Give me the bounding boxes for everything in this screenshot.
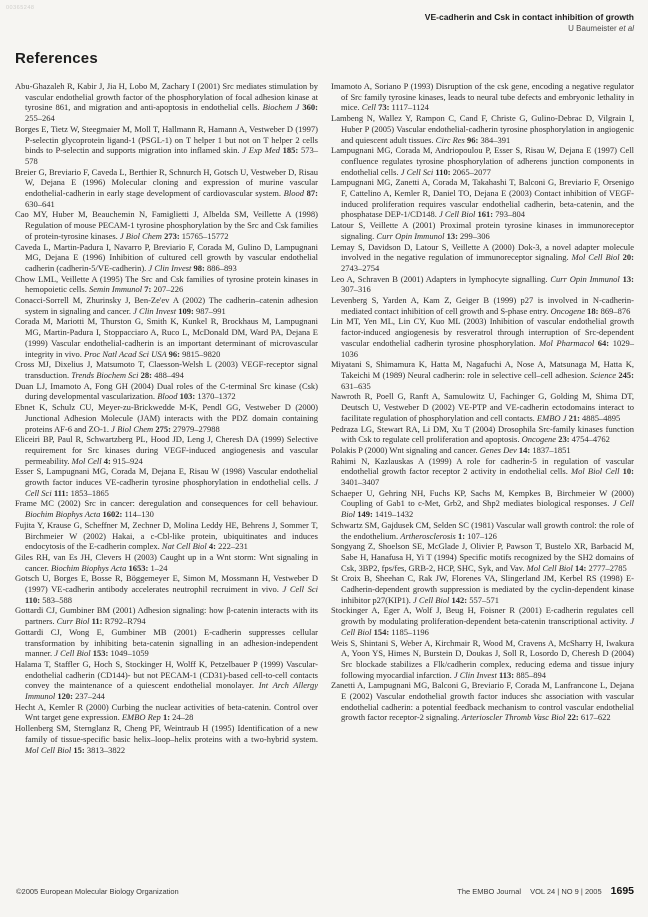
reference-entry: Esser S, Lampugnani MG, Corada M, Dejana… <box>15 466 318 498</box>
reference-entry: Gottardi CJ, Gumbiner BM (2001) Adhesion… <box>15 605 318 626</box>
reference-entry: Halama T, Staffler G, Hoch S, Stockinger… <box>15 659 318 702</box>
reference-entry: Chow LML, Veillette A (1995) The Src and… <box>15 274 318 295</box>
reference-entry: Cross MJ, Dixelius J, Matsumoto T, Claes… <box>15 359 318 380</box>
reference-entry: Breier G, Breviario F, Caveda L, Berthie… <box>15 167 318 210</box>
reference-entry: Corada M, Mariotti M, Thurston G, Smith … <box>15 316 318 359</box>
journal-info: The EMBO Journal VOL 24 | NO 9 | 2005 16… <box>457 885 634 897</box>
reference-entry: Weis S, Shintani S, Weber A, Kirchmair R… <box>331 638 634 681</box>
reference-entry: Borges E, Tietz W, Steegmaier M, Moll T,… <box>15 124 318 167</box>
running-head-authors: U Baumeister et al <box>425 24 634 33</box>
reference-entry: Zanetti A, Lampugnani MG, Balconi G, Bre… <box>331 680 634 723</box>
reference-entry: Lambeng N, Wallez Y, Rampon C, Cand F, C… <box>331 113 634 145</box>
reference-entry: Caveda L, Martin-Padura I, Navarro P, Br… <box>15 242 318 274</box>
reference-entry: Songyang Z, Shoelson SE, McGlade J, Oliv… <box>331 541 634 573</box>
reference-entry: Gottardi CJ, Wong E, Gumbiner MB (2001) … <box>15 627 318 659</box>
running-head-title: VE-cadherin and Csk in contact inhibitio… <box>425 12 634 22</box>
reference-entry: Imamoto A, Soriano P (1993) Disruption o… <box>331 81 634 113</box>
reference-entry: Cao MY, Huber M, Beauchemin N, Famigliet… <box>15 209 318 241</box>
reference-entry: Giles RH, van Es JH, Clevers H (2003) Ca… <box>15 552 318 573</box>
reference-entry: Lin MT, Yen ML, Lin CY, Kuo ML (2003) In… <box>331 316 634 359</box>
reference-entry: Frame MC (2002) Src in cancer: deregulat… <box>15 498 318 519</box>
paper-page: { "page": { "watermark": "00365248", "he… <box>0 0 648 917</box>
reference-entry: Polakis P (2000) Wnt signaling and cance… <box>331 445 634 456</box>
reference-entry: Schwartz SM, Gajdusek CM, Selden SC (198… <box>331 520 634 541</box>
reference-entry: Lampugnani MG, Zanetti A, Corada M, Taka… <box>331 177 634 220</box>
authors-etal: et al <box>619 24 634 33</box>
authors-name: U Baumeister <box>568 24 616 33</box>
reference-entry: Abu-Ghazaleh R, Kabir J, Jia H, Lobo M, … <box>15 81 318 124</box>
reference-entry: Duan LJ, Imamoto A, Fong GH (2004) Dual … <box>15 381 318 402</box>
page-footer: ©2005 European Molecular Biology Organiz… <box>16 885 634 897</box>
reference-entry: Leo A, Schraven B (2001) Adapters in lym… <box>331 274 634 295</box>
references-column-left: Abu-Ghazaleh R, Kabir J, Jia H, Lobo M, … <box>15 81 318 755</box>
reference-entry: Schaeper U, Gehring NH, Fuchs KP, Sachs … <box>331 488 634 520</box>
reference-entry: Hollenberg SM, Sternglanz R, Cheng PF, W… <box>15 723 318 755</box>
reference-entry: Rahimi N, Kazlauskas A (1999) A role for… <box>331 456 634 488</box>
scan-watermark: 00365248 <box>6 5 34 11</box>
references-heading: References <box>15 50 634 67</box>
references-section: References Abu-Ghazaleh R, Kabir J, Jia … <box>15 50 634 755</box>
running-head: VE-cadherin and Csk in contact inhibitio… <box>425 12 634 33</box>
two-column-layout: Abu-Ghazaleh R, Kabir J, Jia H, Lobo M, … <box>15 81 634 755</box>
reference-entry: Gotsch U, Borges E, Bosse R, Böggemeyer … <box>15 573 318 605</box>
reference-entry: Eliceiri BP, Paul R, Schwartzberg PL, Ho… <box>15 434 318 466</box>
reference-entry: Latour S, Veillette A (2001) Proximal pr… <box>331 220 634 241</box>
journal-name: The EMBO Journal <box>457 887 521 896</box>
reference-entry: Conacci-Sorrell M, Zhurinsky J, Ben-Ze'e… <box>15 295 318 316</box>
reference-entry: Ebnet K, Schulz CU, Meyer-zu-Brickwedde … <box>15 402 318 434</box>
volume-info: VOL 24 | NO 9 | 2005 <box>530 887 602 896</box>
references-column-right: Imamoto A, Soriano P (1993) Disruption o… <box>331 81 634 755</box>
reference-entry: Lemay S, Davidson D, Latour S, Veillette… <box>331 242 634 274</box>
reference-entry: Pedraza LG, Stewart RA, Li DM, Xu T (200… <box>331 424 634 445</box>
reference-entry: Levenberg S, Yarden A, Kam Z, Geiger B (… <box>331 295 634 316</box>
reference-entry: St Croix B, Sheehan C, Rak JW, Florenes … <box>331 573 634 605</box>
reference-entry: Hecht A, Kemler R (2000) Curbing the nuc… <box>15 702 318 723</box>
page-number: 1695 <box>611 885 634 897</box>
copyright-notice: ©2005 European Molecular Biology Organiz… <box>16 887 179 896</box>
reference-entry: Nawroth R, Poell G, Ranft A, Samulowitz … <box>331 391 634 423</box>
reference-entry: Stockinger A, Eger A, Wolf J, Beug H, Fo… <box>331 605 634 637</box>
reference-entry: Miyatani S, Shimamura K, Hatta M, Nagafu… <box>331 359 634 391</box>
reference-entry: Fujita Y, Krause G, Scheffner M, Zechner… <box>15 520 318 552</box>
reference-entry: Lampugnani MG, Corada M, Andriopoulou P,… <box>331 145 634 177</box>
